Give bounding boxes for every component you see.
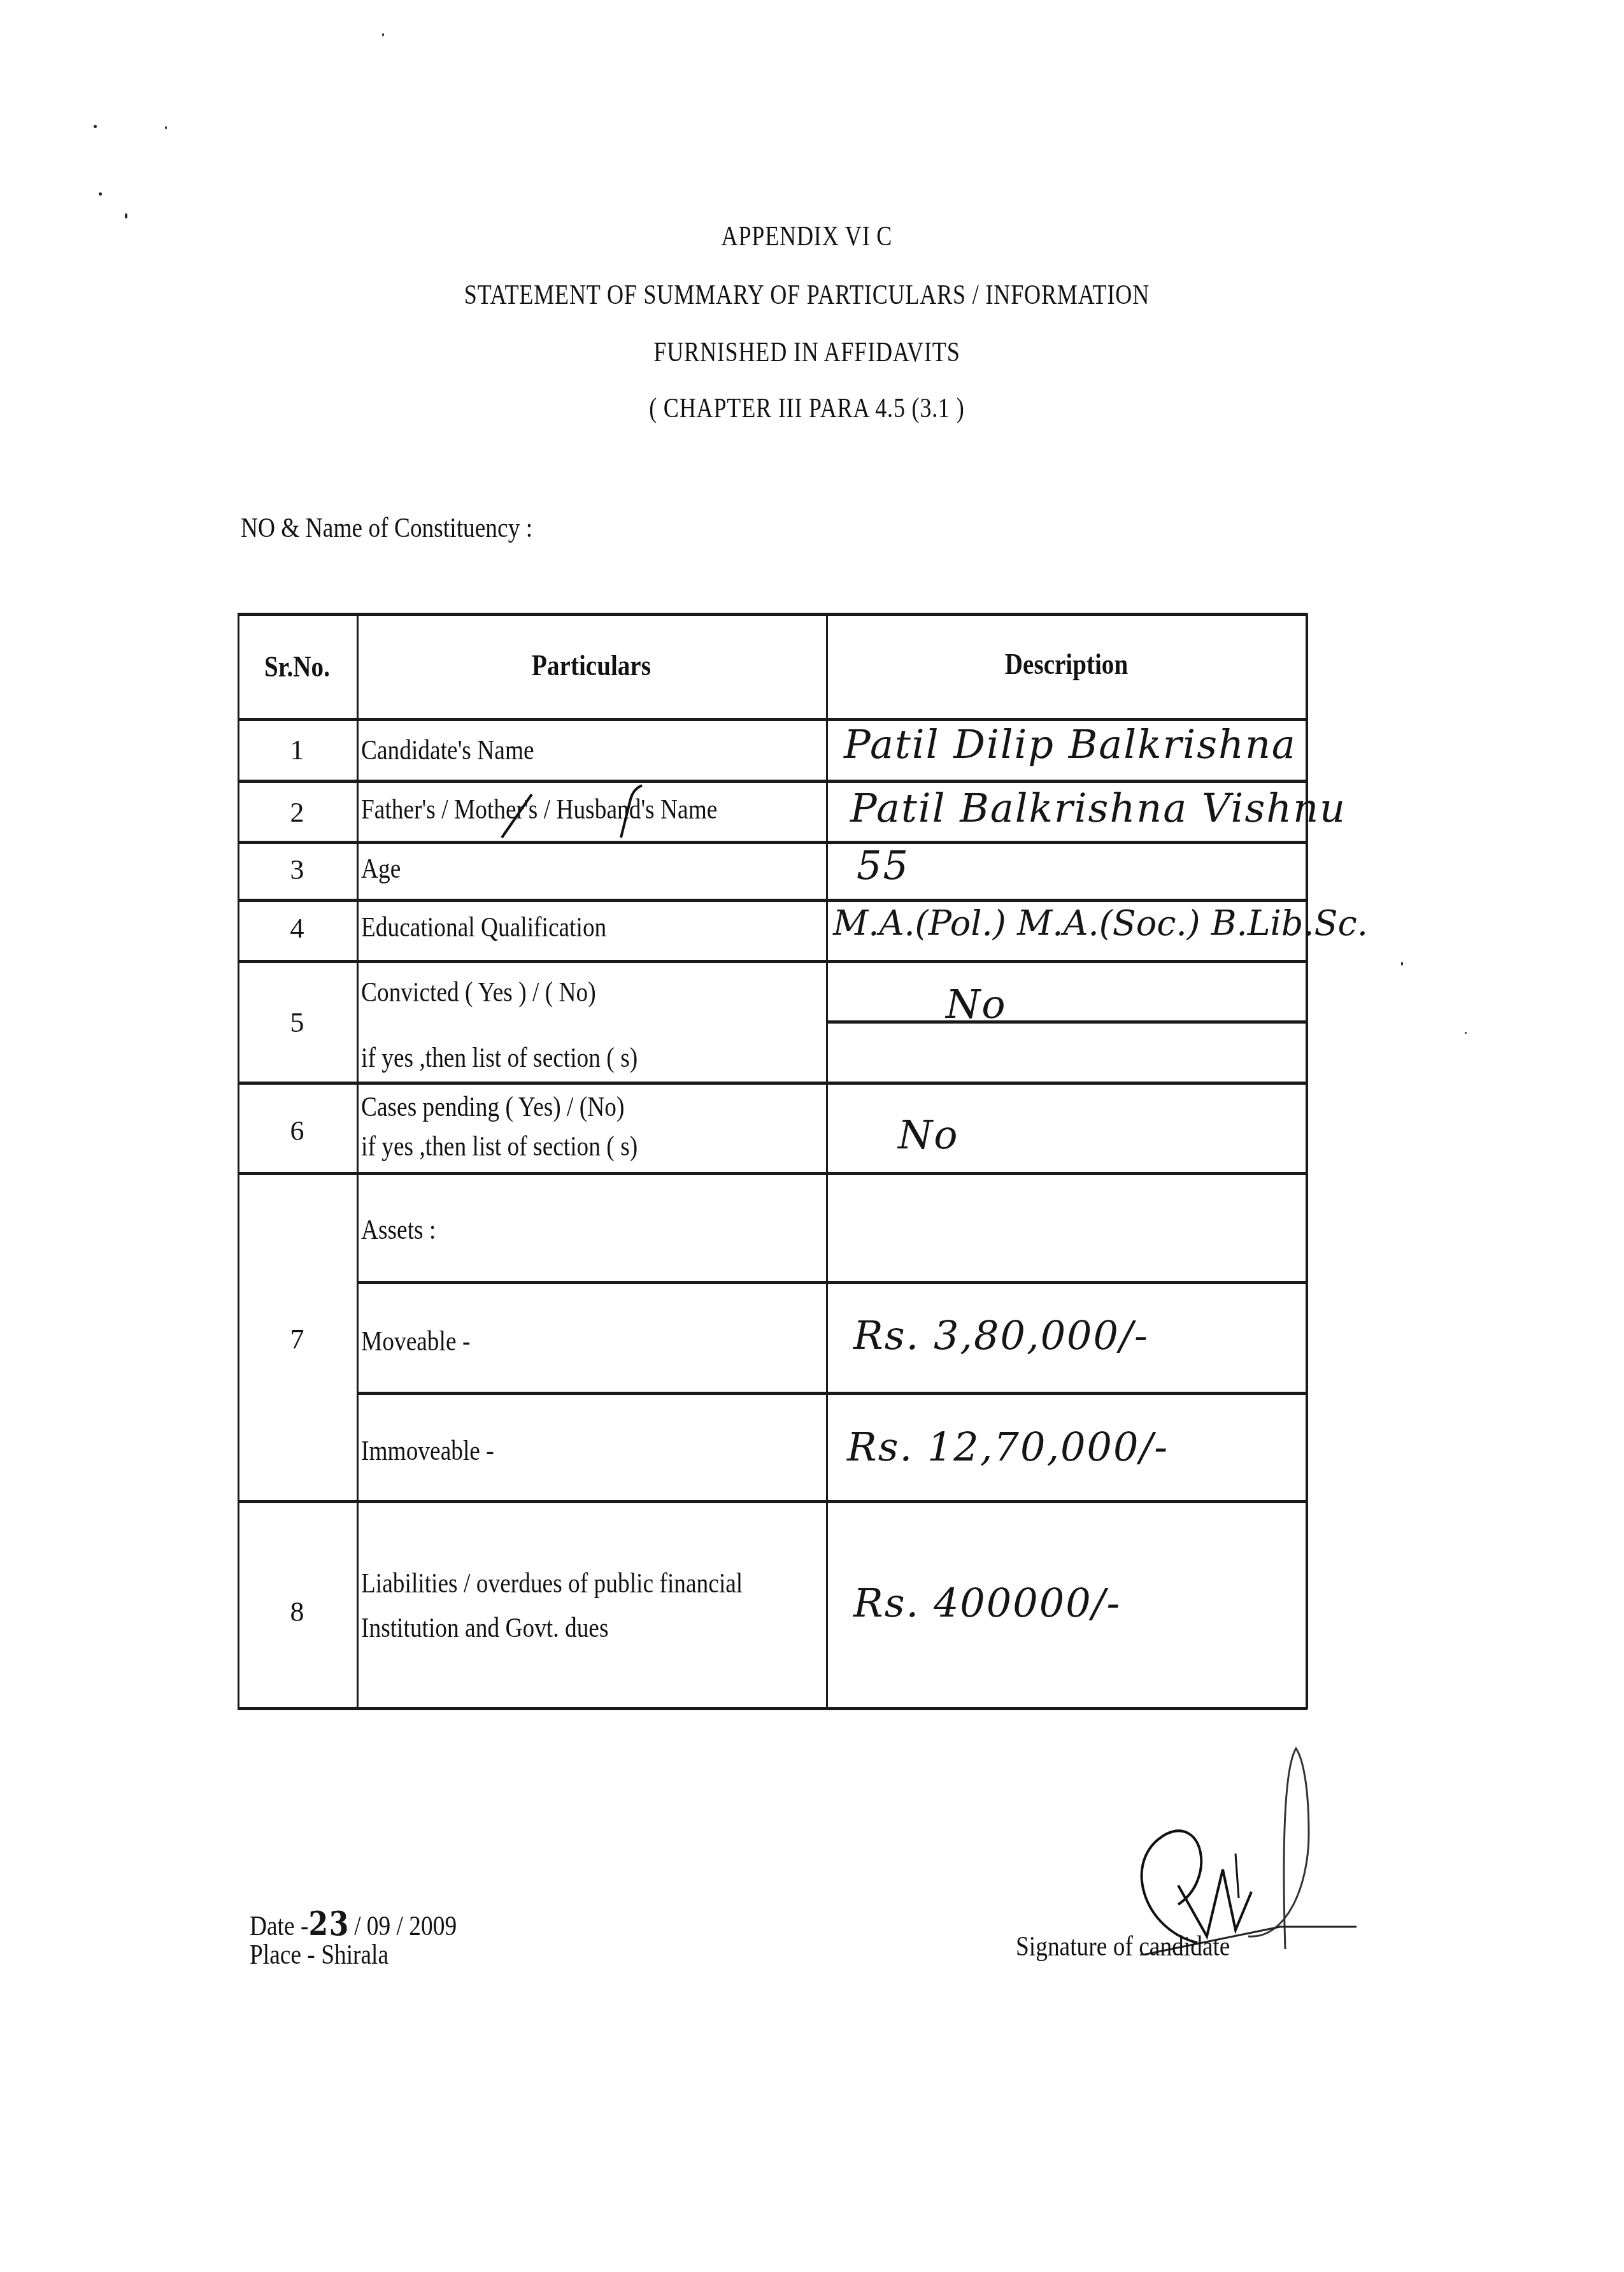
row-6-srno: 6: [238, 1115, 357, 1147]
furnished-title: FURNISHED IN AFFIDAVITS: [141, 336, 1472, 368]
date-rest: / 09 / 2009: [354, 1910, 457, 1941]
table-border-bottom: [238, 1707, 1307, 1710]
constituency-label: NO & Name of Constituency :: [241, 511, 532, 544]
table-border-right: [1306, 613, 1308, 1709]
row-7-immoveable-label: Immoveable -: [361, 1434, 494, 1467]
row-8-particulars-line-2: Institution and Govt. dues: [361, 1611, 609, 1644]
place: Place - Shirala: [250, 1938, 388, 1971]
scan-speck: [1401, 962, 1403, 966]
scan-speck: [382, 33, 384, 36]
scan-speck: [165, 126, 167, 129]
date-label: Date -: [250, 1910, 308, 1941]
row-7-srno: 7: [238, 1323, 357, 1355]
row-line: [238, 841, 1307, 844]
row-line-description-split: [826, 1020, 1307, 1024]
row-5-particulars-line-1: Convicted ( Yes ) / ( No): [361, 976, 596, 1008]
date-line: Date -23/ 09 / 2009: [250, 1904, 457, 1943]
row-line-moveable: [357, 1392, 1307, 1395]
row-4-particulars: Educational Qualification: [361, 911, 606, 943]
row-5-description: No: [946, 981, 1007, 1027]
row-line: [238, 1500, 1307, 1503]
row-2-description: Patil Balkrishna Vishnu: [850, 785, 1346, 831]
row-line: [238, 780, 1307, 783]
table-border-left: [238, 613, 239, 1709]
row-line: [238, 1082, 1307, 1085]
row-8-description: Rs. 400000/-: [853, 1580, 1121, 1626]
strike-mark-icon: [497, 780, 662, 844]
row-7-moveable-label: Moveable -: [361, 1325, 470, 1357]
row-6-description: No: [898, 1111, 959, 1158]
scan-speck: [1465, 1032, 1467, 1034]
row-3-particulars: Age: [361, 852, 401, 885]
row-6-particulars-line-2: if yes ,then list of section ( s): [361, 1130, 637, 1162]
header-description: Description: [862, 647, 1271, 681]
row-line: [238, 960, 1307, 963]
row-1-srno: 1: [238, 734, 357, 766]
table-border-top: [238, 613, 1307, 616]
scan-speck: [99, 192, 102, 196]
signature-label: Signature of candidate: [1016, 1930, 1230, 1962]
header-srno: Sr.No.: [246, 650, 348, 683]
scan-speck: [94, 125, 97, 128]
row-2-srno: 2: [238, 796, 357, 829]
row-8-srno: 8: [238, 1596, 357, 1628]
signature-icon: [1083, 1745, 1369, 1955]
row-5-srno: 5: [238, 1006, 357, 1039]
statement-title: STATEMENT OF SUMMARY OF PARTICULARS / IN…: [141, 278, 1472, 311]
row-3-description: 55: [857, 842, 909, 889]
row-1-description: Patil Dilip Balkrishna: [844, 721, 1297, 768]
appendix-title: APPENDIX VI C: [141, 220, 1472, 252]
column-divider-particulars: [826, 613, 828, 1709]
column-divider-srno: [357, 613, 359, 1709]
row-3-srno: 3: [238, 854, 357, 886]
row-1-particulars: Candidate's Name: [361, 734, 534, 766]
row-4-srno: 4: [238, 912, 357, 945]
chapter-reference: ( CHAPTER III PARA 4.5 (3.1 ): [141, 392, 1472, 424]
header-particulars: Particulars: [392, 648, 790, 682]
row-6-particulars-line-1: Cases pending ( Yes) / (No): [361, 1090, 624, 1123]
row-5-particulars-line-2: if yes ,then list of section ( s): [361, 1041, 637, 1074]
row-4-description: M.A.(Pol.) M.A.(Soc.) B.Lib.Sc.: [833, 903, 1368, 943]
row-line-assets: [357, 1281, 1307, 1284]
scan-speck: [125, 213, 127, 218]
row-7-immoveable-value: Rs. 12,70,000/-: [847, 1424, 1169, 1470]
row-7-moveable-value: Rs. 3,80,000/-: [853, 1312, 1149, 1359]
row-8-particulars-line-1: Liabilities / overdues of public financi…: [361, 1567, 743, 1599]
row-line: [238, 899, 1307, 902]
date-day: 23: [308, 1904, 350, 1943]
row-7-particulars: Assets :: [361, 1213, 436, 1246]
row-line: [238, 1172, 1307, 1175]
